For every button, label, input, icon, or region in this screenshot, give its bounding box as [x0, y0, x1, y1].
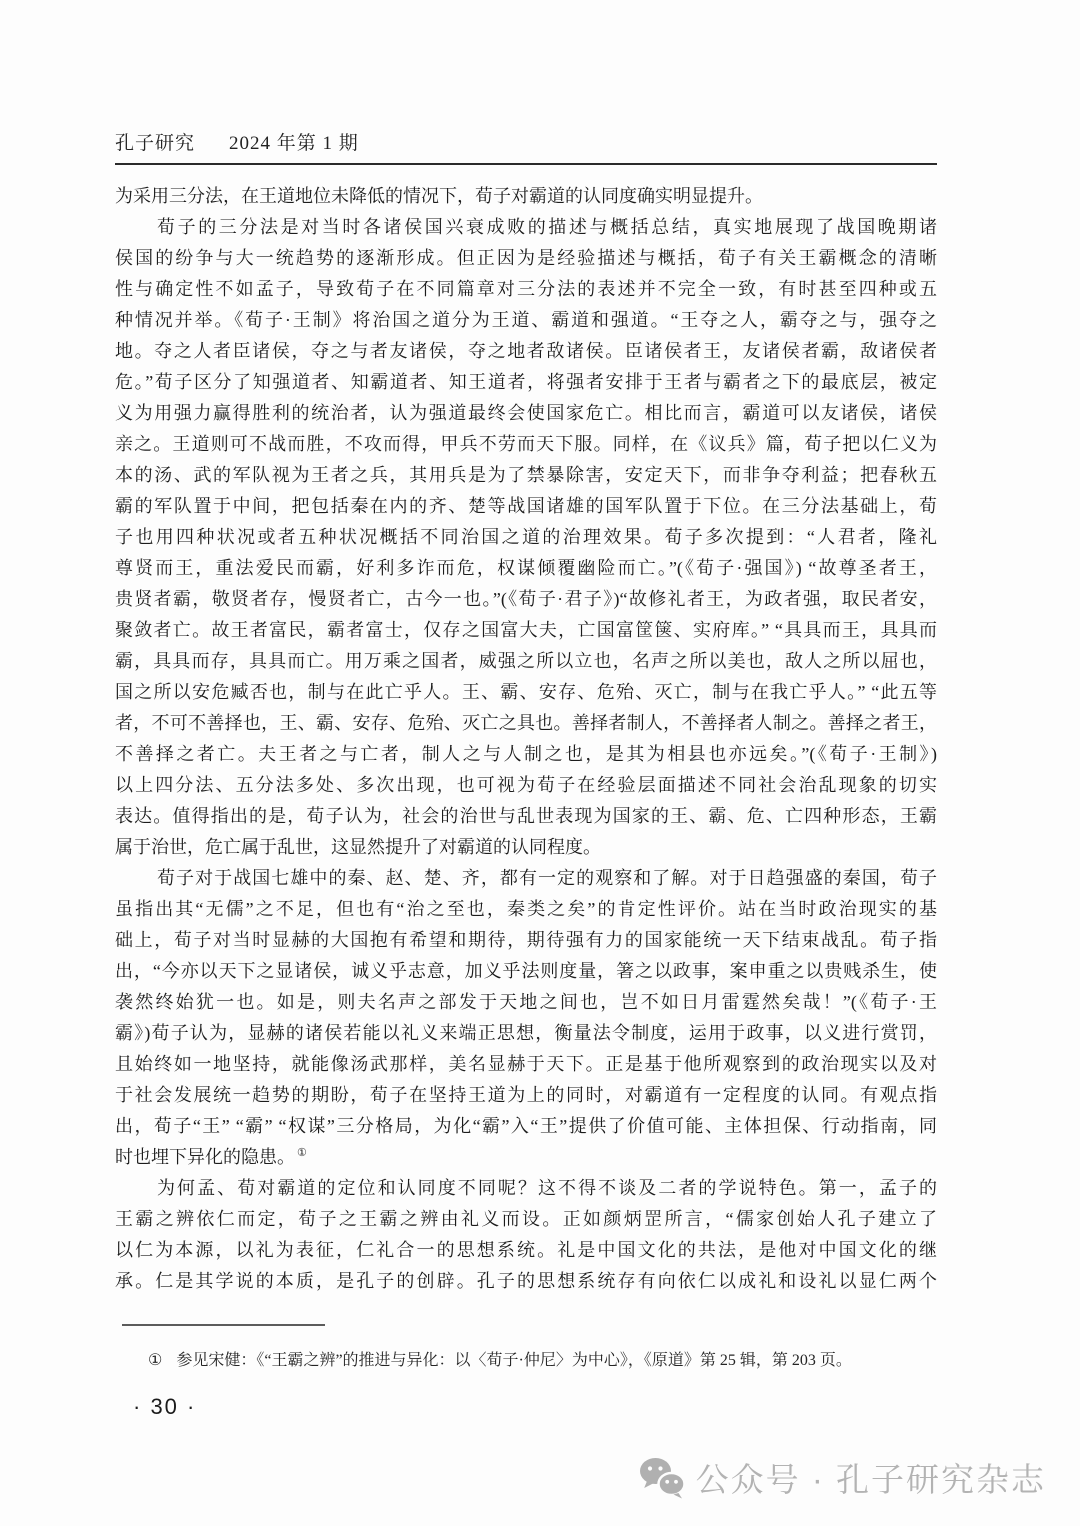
- body-text-line: 为采用三分法，在王道地位未降低的情况下，荀子对霸道的认同度确实明显提升。: [115, 181, 937, 212]
- footnote-marker: ①: [148, 1352, 162, 1369]
- body-text-line: 本的汤、武的军队视为王者之兵，其用兵是为了禁暴除害，安定天下，而非争夺利益；把春…: [115, 460, 937, 491]
- body-text-line: 尊贤而王，重法爱民而霸，好利多诈而危，权谋倾覆幽险而亡。”(《荀子·强国》) “…: [115, 553, 937, 584]
- body-text-line: 霸的军队置于中间，把包括秦在内的齐、楚等战国诸雄的国军队置于下位。在三分法基础上…: [115, 491, 937, 522]
- body-text-line: 承。仁是其学说的本质，是孔子的创辟。孔子的思想系统存有向依仁以成礼和设礼以显仁两…: [115, 1266, 937, 1297]
- body-text-line: 危。”荀子区分了知强道者、知霸道者、知王道者，将强者安排于王者与霸者之下的最底层…: [115, 367, 937, 398]
- body-text-line: 种情况并举。《荀子·王制》将治国之道分为王道、霸道和强道。“王夺之人，霸夺之与，…: [115, 305, 937, 336]
- body-text-line: 时也埋下异化的隐患。①: [115, 1142, 937, 1173]
- body-text-line: 为何孟、荀对霸道的定位和认同度不同呢？这不得不谈及二者的学说特色。第一，孟子的: [115, 1173, 937, 1204]
- body-text-line: 以上四分法、五分法多处、多次出现，也可视为荀子在经验层面描述不同社会治乱现象的切…: [115, 770, 937, 801]
- body-text-line: 亲之。王道则可不战而胜，不攻而得，甲兵不劳而天下服。同样，在《议兵》篇，荀子把以…: [115, 429, 937, 460]
- body-text-line: 子也用四种状况或者五种状况概括不同治国之道的治理效果。荀子多次提到：“人君者，隆…: [115, 522, 937, 553]
- footnote-text: 参见宋健：《“王霸之辨”的推进与异化：以〈荀子·仲尼〉为中心》，《原道》第 25…: [176, 1352, 852, 1369]
- body-text-line: 聚敛者亡。故王者富民，霸者富士，仅存之国富大夫，亡国富筐箧、实府库。” “具具而…: [115, 615, 937, 646]
- body-text-line: 贵贤者霸，敬贤者存，慢贤者亡，古今一也。”(《荀子·君子》)“故修礼者王，为政者…: [115, 584, 937, 615]
- body-text-line: 侯国的纷争与大一统趋势的逐渐形成。但正因为是经验描述与概括，荀子有关王霸概念的清…: [115, 243, 937, 274]
- watermark-text: 公众号 · 孔子研究杂志: [696, 1454, 1046, 1501]
- body-text-line: 性与确定性不如孟子，导致荀子在不同篇章对三分法的表述并不完全一致，有时甚至四种或…: [115, 274, 937, 305]
- body-text-line: 荀子的三分法是对当时各诸侯国兴衰成败的描述与概括总结，真实地展现了战国晚期诸: [115, 212, 937, 243]
- journal-title: 孔子研究: [115, 133, 195, 154]
- body-text-line: 地。夺之人者臣诸侯，夺之与者友诸侯，夺之地者敌诸侯。臣诸侯者王，友诸侯者霸，敌诸…: [115, 336, 937, 367]
- body-text-line: 霸》)荀子认为，显赫的诸侯若能以礼义来端正思想，衡量法令制度，运用于政事，以义进…: [115, 1018, 937, 1049]
- body-text-line: 于社会发展统一趋势的期盼，荀子在坚持王道为上的同时，对霸道有一定程度的认同。有观…: [115, 1080, 937, 1111]
- body-text-line: 出，“今亦以天下之显诸侯，诚义乎志意，加义乎法则度量，箸之以政事，案申重之以贵贱…: [115, 956, 937, 987]
- body-text-line: 义为用强力赢得胜利的统治者，认为强道最终会使国家危亡。相比而言，霸道可以友诸侯，…: [115, 398, 937, 429]
- body-text-line: 虽指出其“无儒”之不足，但也有“治之至也，秦类之矣”的肯定性评价。站在当时政治现…: [115, 894, 937, 925]
- body-text-line: 础上，荀子对当时显赫的大国抱有希望和期待，期待强有力的国家能统一天下结束战乱。荀…: [115, 925, 937, 956]
- page-number: · 30 ·: [133, 1394, 196, 1420]
- body-text-line: 霸，具具而存，具具而亡。用万乘之国者，威强之所以立也，名声之所以美也，敌人之所以…: [115, 646, 937, 677]
- footnote-ref: ①: [297, 1147, 307, 1159]
- body-text-line: 且始终如一地坚持，就能像汤武那样，美名显赫于天下。正是基于他所观察到的政治现实以…: [115, 1049, 937, 1080]
- body-text-line: 王霸之辨依仁而定，荀子之王霸之辨由礼义而设。正如颜炳罡所言，“儒家创始人孔子建立…: [115, 1204, 937, 1235]
- body-text-line: 国之所以安危臧否也，制与在此亡乎人。王、霸、安存、危殆、灭亡，制与在我亡乎人。”…: [115, 677, 937, 708]
- body-text-line: 袭然终始犹一也。如是，则夫名声之部发于天地之间也，岂不如日月雷霆然矣哉！”(《荀…: [115, 987, 937, 1018]
- issue-label: 2024 年第 1 期: [229, 133, 359, 154]
- body-text-line: 出，荀子“王” “霸” “权谋”三分格局，为化“霸”入“王”提供了价值可能、主体…: [115, 1111, 937, 1142]
- journal-page: 孔子研究2024 年第 1 期 为采用三分法，在王道地位未降低的情况下，荀子对霸…: [0, 0, 1080, 1526]
- wechat-icon: [638, 1457, 686, 1499]
- page-header: 孔子研究2024 年第 1 期: [115, 128, 937, 165]
- body-text-line: 者，不可不善择也，王、霸、安存、危殆、灭亡之具也。善择者制人，不善择者人制之。善…: [115, 708, 937, 739]
- body-text-line: 以仁为本源，以礼为表征，仁礼合一的思想系统。礼是中国文化的共法，是他对中国文化的…: [115, 1235, 937, 1266]
- watermark: 公众号 · 孔子研究杂志: [638, 1454, 1046, 1501]
- body-text-line: 荀子对于战国七雄中的秦、赵、楚、齐，都有一定的观察和了解。对于日趋强盛的秦国，荀…: [115, 863, 937, 894]
- body-text-line: 属于治世，危亡属于乱世，这显然提升了对霸道的认同程度。: [115, 832, 937, 863]
- body-text-line: 不善择之者亡。夫王者之与亡者，制人之与人制之也，是其为相县也亦远矣。”(《荀子·…: [115, 739, 937, 770]
- footnote: ①参见宋健：《“王霸之辨”的推进与异化：以〈荀子·仲尼〉为中心》，《原道》第 2…: [148, 1348, 938, 1374]
- body-text-line: 表达。值得指出的是，荀子认为，社会的治世与乱世表现为国家的王、霸、危、亡四种形态…: [115, 801, 937, 832]
- footnote-rule: [122, 1324, 325, 1326]
- article-body: 为采用三分法，在王道地位未降低的情况下，荀子对霸道的认同度确实明显提升。荀子的三…: [115, 181, 937, 1297]
